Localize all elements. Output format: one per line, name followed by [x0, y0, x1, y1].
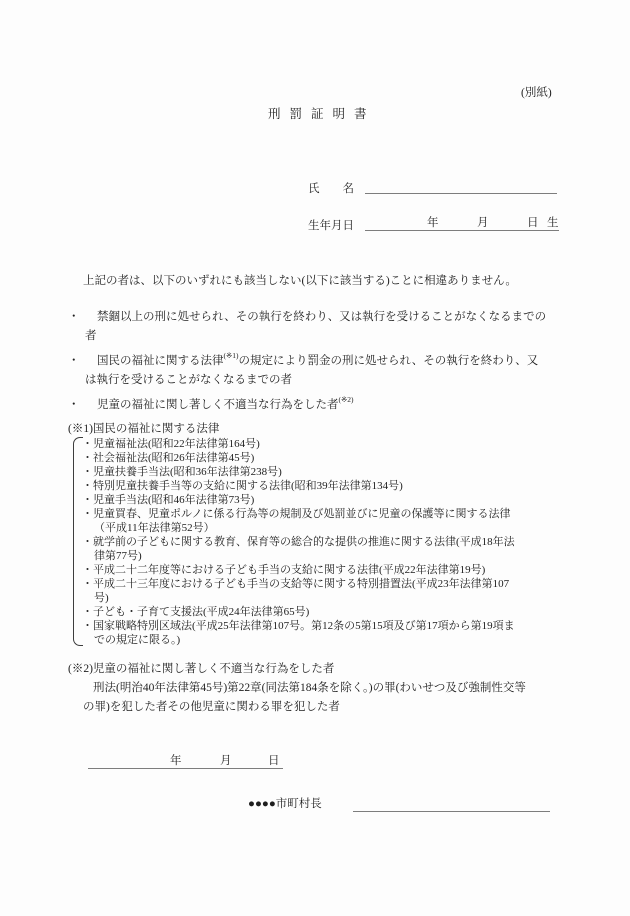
footnote-ref: (※1) — [224, 351, 239, 360]
bullet-dot: ・ — [68, 308, 97, 327]
bullet-line-2: は執行を受けることがなくなるまでの者 — [85, 371, 578, 390]
law-item: ・平成二十三年度における子ども手当の支給等に関する特別措置法(平成23年法律第1… — [82, 577, 582, 605]
note2-line-2: の罪)を犯した者その他児童に関わる罪を犯した者 — [68, 698, 578, 717]
law-item: ・国家戦略特別区域法(平成25年法律第107号。第12条の5第15項及び第17項… — [82, 619, 582, 647]
corner-note: (別紙) — [521, 84, 552, 100]
law-line-1: ・児童福祉法(昭和22年法律第164号) — [82, 437, 582, 451]
law-item: ・児童買春、児童ポルノに係る行為等の規制及び処罰並びに児童の保護等に関する法律 … — [82, 507, 582, 535]
condition-bullet-item: ・国民の福祉に関する法律(※1)の規定により罰金の刑に処せられ、その執行を終わり… — [68, 346, 578, 390]
document-title: 刑罰証明書 — [268, 104, 376, 122]
footnote-ref: (※2) — [339, 395, 354, 404]
birthdate-label: 生年月日 — [308, 217, 354, 233]
law-line-1: ・社会福祉法(昭和26年法律第45号) — [82, 451, 582, 465]
bullet-line-1: ・国民の福祉に関する法律(※1)の規定により罰金の刑に処せられ、その執行を終わり… — [68, 346, 578, 371]
law-line-2: 律第77号) — [94, 549, 582, 563]
condition-bullet-list: ・禁錮以上の刑に処せられ、その執行を終わり、又は執行を受けることがなくなるまでの… — [68, 308, 578, 415]
issue-month-label: 月 — [220, 752, 232, 768]
issue-day-label: 日 — [268, 752, 280, 768]
law-line-1: ・特別児童扶養手当等の支給に関する法律(昭和39年法律第134号) — [82, 479, 582, 493]
law-item: ・子ども・子育て支援法(平成24年法律第65号) — [82, 605, 582, 619]
law-item: ・児童手当法(昭和46年法律第73号) — [82, 493, 582, 507]
law-item: ・特別児童扶養手当等の支給に関する法律(昭和39年法律第134号) — [82, 479, 582, 493]
law-item: ・社会福祉法(昭和26年法律第45号) — [82, 451, 582, 465]
law-line-2: 号) — [94, 591, 582, 605]
law-line-2: での規定に限る。) — [94, 633, 582, 647]
bullet-line-2: 者 — [85, 327, 578, 346]
law-line-1: ・平成二十二年度等における子ども手当の支給に関する法律(平成22年法律第19号) — [82, 563, 582, 577]
law-line-1: ・児童買春、児童ポルノに係る行為等の規制及び処罰並びに児童の保護等に関する法律 — [82, 507, 582, 521]
law-line-1: ・子ども・子育て支援法(平成24年法律第65号) — [82, 605, 582, 619]
issue-year-label: 年 — [170, 752, 182, 768]
note2-header: (※2)児童の福祉に関し著しく不適当な行為をした者 — [68, 660, 578, 679]
bullet-line-1: ・児童の福祉に関し著しく不適当な行為をした者(※2) — [68, 390, 578, 415]
condition-bullet-item: ・禁錮以上の刑に処せられ、その執行を終わり、又は執行を受けることがなくなるまでの… — [68, 308, 578, 346]
law-list: ・児童福祉法(昭和22年法律第164号) ・社会福祉法(昭和26年法律第45号)… — [82, 437, 582, 647]
day-unit-label: 日 — [527, 214, 539, 230]
bullet-dot: ・ — [68, 352, 97, 371]
bullet-line-1: ・禁錮以上の刑に処せられ、その執行を終わり、又は執行を受けることがなくなるまでの — [68, 308, 578, 327]
mayor-signature-line[interactable] — [353, 799, 550, 812]
document-page: (別紙) 刑罰証明書 氏 名 生年月日 年 月 日 生 上記の者は、以下のいずれ… — [0, 0, 630, 916]
law-line-2: （平成11年法律第52号） — [94, 521, 582, 535]
year-unit-label: 年 — [427, 214, 439, 230]
law-item: ・児童福祉法(昭和22年法律第164号) — [82, 437, 582, 451]
month-unit-label: 月 — [477, 214, 489, 230]
law-line-1: ・児童扶養手当法(昭和36年法律第238号) — [82, 465, 582, 479]
name-label: 氏 名 — [308, 180, 354, 196]
note1-header: (※1)国民の福祉に関する法律 — [68, 420, 219, 436]
issue-date-input-line[interactable]: 年 月 日 — [88, 752, 283, 769]
birthdate-input-line[interactable]: 年 月 日 生 — [365, 217, 559, 231]
law-line-1: ・平成二十三年度における子ども手当の支給等に関する特別措置法(平成23年法律第1… — [82, 577, 582, 591]
note2-line-1: 刑法(明治40年法律第45号)第22章(同法第184条を除く。)の罪(わいせつ及… — [68, 679, 578, 698]
law-item: ・児童扶養手当法(昭和36年法律第238号) — [82, 465, 582, 479]
law-line-1: ・就学前の子どもに関する教育、保育等の総合的な提供の推進に関する法律(平成18年… — [82, 535, 582, 549]
name-input-line[interactable] — [365, 180, 557, 194]
condition-bullet-item: ・児童の福祉に関し著しく不適当な行為をした者(※2) — [68, 390, 578, 415]
declaration-statement: 上記の者は、以下のいずれにも該当しない(以下に該当する)ことに相違ありません。 — [68, 272, 568, 288]
law-line-1: ・国家戦略特別区域法(平成25年法律第107号。第12条の5第15項及び第17項… — [82, 619, 582, 633]
note2-block: (※2)児童の福祉に関し著しく不適当な行為をした者 刑法(明治40年法律第45号… — [68, 660, 578, 717]
bullet-dot: ・ — [68, 396, 97, 415]
law-line-1: ・児童手当法(昭和46年法律第73号) — [82, 493, 582, 507]
law-item: ・平成二十二年度等における子ども手当の支給に関する法律(平成22年法律第19号) — [82, 563, 582, 577]
mayor-label: ●●●●市町村長 — [248, 795, 322, 811]
law-item: ・就学前の子どもに関する教育、保育等の総合的な提供の推進に関する法律(平成18年… — [82, 535, 582, 563]
born-suffix-label: 生 — [547, 214, 559, 230]
